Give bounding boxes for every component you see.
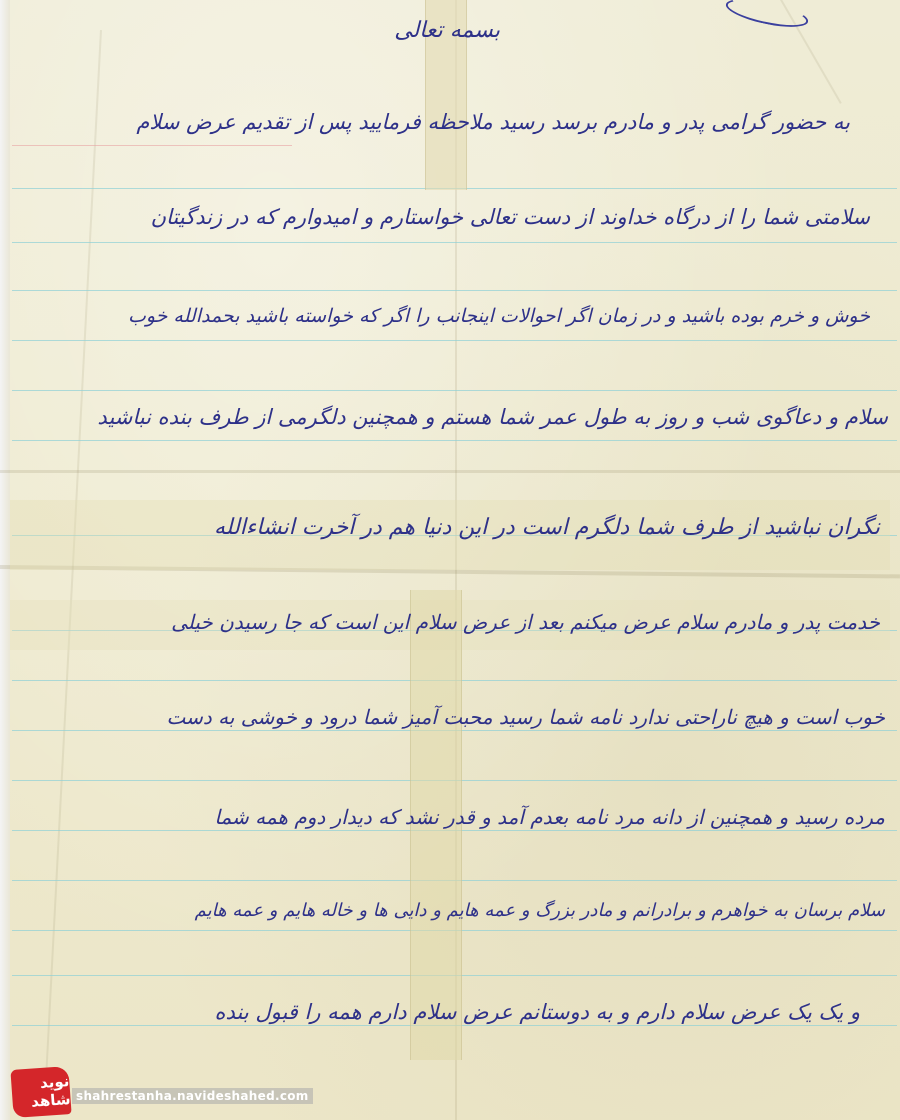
letter-line-3: خوش و خرم بوده باشید و در زمان اگر احوال… [128, 305, 870, 327]
ruled-line [12, 340, 897, 341]
ruled-line [12, 290, 897, 291]
letter-line-10: و یک یک عرض سلام دارم و به دوستانم عرض س… [214, 1000, 860, 1024]
navideshahed-logo: نوید شاهد [10, 1066, 71, 1118]
letter-heading: بسمه تعالی [394, 18, 500, 43]
letter-line-9: سلام برسان به خواهرم و برادرانم و مادر ب… [195, 900, 885, 921]
watermark-url: shahrestanha.navideshahed.com [72, 1088, 313, 1104]
logo-text: نوید شاهد [11, 1072, 71, 1112]
letter-line-5: نگران نباشید از طرف شما دلگرم است در این… [214, 515, 880, 540]
red-margin-line [12, 145, 292, 146]
letter-line-4: سلام و دعاگوی شب و روز به طول عمر شما هس… [97, 405, 888, 429]
letter-line-7: خوب است و هیچ ناراحتی ندارد نامه شما رسی… [167, 705, 886, 729]
ruled-line [12, 440, 897, 441]
letter-line-1: به حضور گرامی پدر و مادرم برسد رسید ملاح… [136, 110, 850, 134]
ruled-line [12, 390, 897, 391]
paper-crease [0, 470, 900, 473]
ruled-line [12, 242, 897, 243]
letter-line-2: سلامتی شما را از درگاه خداوند از دست تعا… [151, 205, 870, 229]
letter-page: بسمه تعالی به حضور گرامی پدر و مادرم برس… [0, 0, 900, 1120]
scan-edge [0, 0, 10, 1120]
letter-line-8: مرده رسید و همچنین از دانه مرد نامه بعدم… [214, 805, 885, 829]
letter-line-6: خدمت پدر و مادرم سلام عرض میکنم بعد از ع… [171, 610, 880, 634]
